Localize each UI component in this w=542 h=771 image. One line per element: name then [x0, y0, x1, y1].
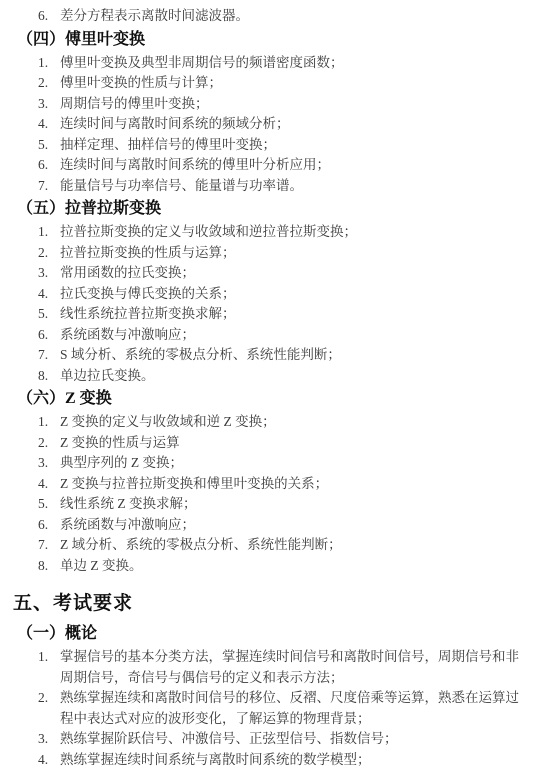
document-page: 6. 差分方程表示离散时间滤波器。 （四）傅里叶变换 1. 傅里叶变换及典型非周…: [0, 0, 542, 771]
item-number: 1.: [38, 53, 60, 74]
list-item: 1. 掌握信号的基本分类方法，掌握连续时间信号和离散时间信号，周期信号和非周期信…: [38, 647, 520, 688]
item-text: 掌握信号的基本分类方法，掌握连续时间信号和离散时间信号，周期信号和非周期信号，奇…: [60, 647, 520, 688]
item-number: 2.: [38, 688, 60, 729]
list-item: 2. 拉普拉斯变换的性质与运算；: [38, 243, 520, 264]
item-number: 7.: [38, 535, 60, 556]
item-number: 5.: [38, 304, 60, 325]
item-number: 6.: [38, 325, 60, 346]
item-text: 线性系统 Z 变换求解；: [60, 494, 520, 515]
item-text: 系统函数与冲激响应；: [60, 515, 520, 536]
list-item: 1. 傅里叶变换及典型非周期信号的频谱密度函数；: [38, 53, 520, 74]
item-number: 4.: [38, 114, 60, 135]
item-text: 能量信号与功率信号、能量谱与功率谱。: [60, 176, 520, 197]
section-heading-fourier: （四）傅里叶变换: [17, 28, 520, 52]
list-item: 5. 线性系统 Z 变换求解；: [38, 494, 520, 515]
item-number: 1.: [38, 647, 60, 688]
item-text: Z 变换的性质与运算: [60, 433, 520, 454]
item-text: S 域分析、系统的零极点分析、系统性能判断；: [60, 345, 520, 366]
list-item: 4. 拉氏变换与傅氏变换的关系；: [38, 284, 520, 305]
item-text: 熟练掌握连续时间系统与离散时间系统的数学模型；: [60, 750, 520, 771]
list-item: 7. S 域分析、系统的零极点分析、系统性能判断；: [38, 345, 520, 366]
item-number: 7.: [38, 345, 60, 366]
item-number: 3.: [38, 263, 60, 284]
item-text: 熟练掌握连续和离散时间信号的移位、反褶、尺度倍乘等运算，熟悉在运算过程中表达式对…: [60, 688, 520, 729]
chapter-heading-exam-requirements: 五、考试要求: [13, 590, 520, 618]
item-number: 1.: [38, 412, 60, 433]
item-text: 典型序列的 Z 变换；: [60, 453, 520, 474]
item-text: 熟练掌握阶跃信号、冲激信号、正弦型信号、指数信号；: [60, 729, 520, 750]
item-number: 2.: [38, 243, 60, 264]
item-number: 4.: [38, 750, 60, 771]
item-number: 3.: [38, 453, 60, 474]
item-text: 拉氏变换与傅氏变换的关系；: [60, 284, 520, 305]
item-text: 抽样定理、抽样信号的傅里叶变换；: [60, 135, 520, 156]
item-text: 傅里叶变换的性质与计算；: [60, 73, 520, 94]
list-item: 7. Z 域分析、系统的零极点分析、系统性能判断；: [38, 535, 520, 556]
list-item: 6. 连续时间与离散时间系统的傅里叶分析应用；: [38, 155, 520, 176]
item-text: 傅里叶变换及典型非周期信号的频谱密度函数；: [60, 53, 520, 74]
item-text: 系统函数与冲激响应；: [60, 325, 520, 346]
list-item: 4. 熟练掌握连续时间系统与离散时间系统的数学模型；: [38, 750, 520, 771]
section-heading-laplace: （五）拉普拉斯变换: [17, 197, 520, 221]
section-heading-overview: （一）概论: [17, 622, 520, 646]
list-item: 2. 傅里叶变换的性质与计算；: [38, 73, 520, 94]
item-text: 拉普拉斯变换的定义与收敛域和逆拉普拉斯变换；: [60, 222, 520, 243]
list-item: 8. 单边 Z 变换。: [38, 556, 520, 577]
item-text: 差分方程表示离散时间滤波器。: [60, 6, 520, 27]
list-item: 6. 系统函数与冲激响应；: [38, 515, 520, 536]
list-item: 6. 差分方程表示离散时间滤波器。: [38, 6, 520, 27]
item-text: 周期信号的傅里叶变换；: [60, 94, 520, 115]
list-item: 2. 熟练掌握连续和离散时间信号的移位、反褶、尺度倍乘等运算，熟悉在运算过程中表…: [38, 688, 520, 729]
item-number: 1.: [38, 222, 60, 243]
item-number: 7.: [38, 176, 60, 197]
list-item: 3. 典型序列的 Z 变换；: [38, 453, 520, 474]
item-number: 8.: [38, 556, 60, 577]
item-number: 3.: [38, 94, 60, 115]
list-item: 8. 单边拉氏变换。: [38, 366, 520, 387]
list-item: 4. Z 变换与拉普拉斯变换和傅里叶变换的关系；: [38, 474, 520, 495]
list-item: 7. 能量信号与功率信号、能量谱与功率谱。: [38, 176, 520, 197]
item-number: 2.: [38, 73, 60, 94]
item-number: 6.: [38, 515, 60, 536]
item-number: 5.: [38, 135, 60, 156]
item-number: 6.: [38, 155, 60, 176]
list-item: 6. 系统函数与冲激响应；: [38, 325, 520, 346]
list-item: 3. 熟练掌握阶跃信号、冲激信号、正弦型信号、指数信号；: [38, 729, 520, 750]
list-item: 2. Z 变换的性质与运算: [38, 433, 520, 454]
item-text: 单边 Z 变换。: [60, 556, 520, 577]
item-number: 2.: [38, 433, 60, 454]
item-text: Z 变换的定义与收敛域和逆 Z 变换；: [60, 412, 520, 433]
list-item: 5. 线性系统拉普拉斯变换求解；: [38, 304, 520, 325]
item-text: Z 变换与拉普拉斯变换和傅里叶变换的关系；: [60, 474, 520, 495]
item-number: 5.: [38, 494, 60, 515]
item-text: 拉普拉斯变换的性质与运算；: [60, 243, 520, 264]
list-item: 5. 抽样定理、抽样信号的傅里叶变换；: [38, 135, 520, 156]
item-text: 连续时间与离散时间系统的傅里叶分析应用；: [60, 155, 520, 176]
item-number: 4.: [38, 284, 60, 305]
item-number: 4.: [38, 474, 60, 495]
list-item: 4. 连续时间与离散时间系统的频域分析；: [38, 114, 520, 135]
item-text: 连续时间与离散时间系统的频域分析；: [60, 114, 520, 135]
list-item: 3. 周期信号的傅里叶变换；: [38, 94, 520, 115]
item-text: 线性系统拉普拉斯变换求解；: [60, 304, 520, 325]
item-text: 单边拉氏变换。: [60, 366, 520, 387]
list-item: 1. Z 变换的定义与收敛域和逆 Z 变换；: [38, 412, 520, 433]
list-item: 1. 拉普拉斯变换的定义与收敛域和逆拉普拉斯变换；: [38, 222, 520, 243]
list-item: 3. 常用函数的拉氏变换；: [38, 263, 520, 284]
item-text: Z 域分析、系统的零极点分析、系统性能判断；: [60, 535, 520, 556]
item-number: 3.: [38, 729, 60, 750]
section-heading-ztransform: （六）Z 变换: [17, 387, 520, 411]
item-number: 8.: [38, 366, 60, 387]
item-text: 常用函数的拉氏变换；: [60, 263, 520, 284]
item-number: 6.: [38, 6, 60, 27]
